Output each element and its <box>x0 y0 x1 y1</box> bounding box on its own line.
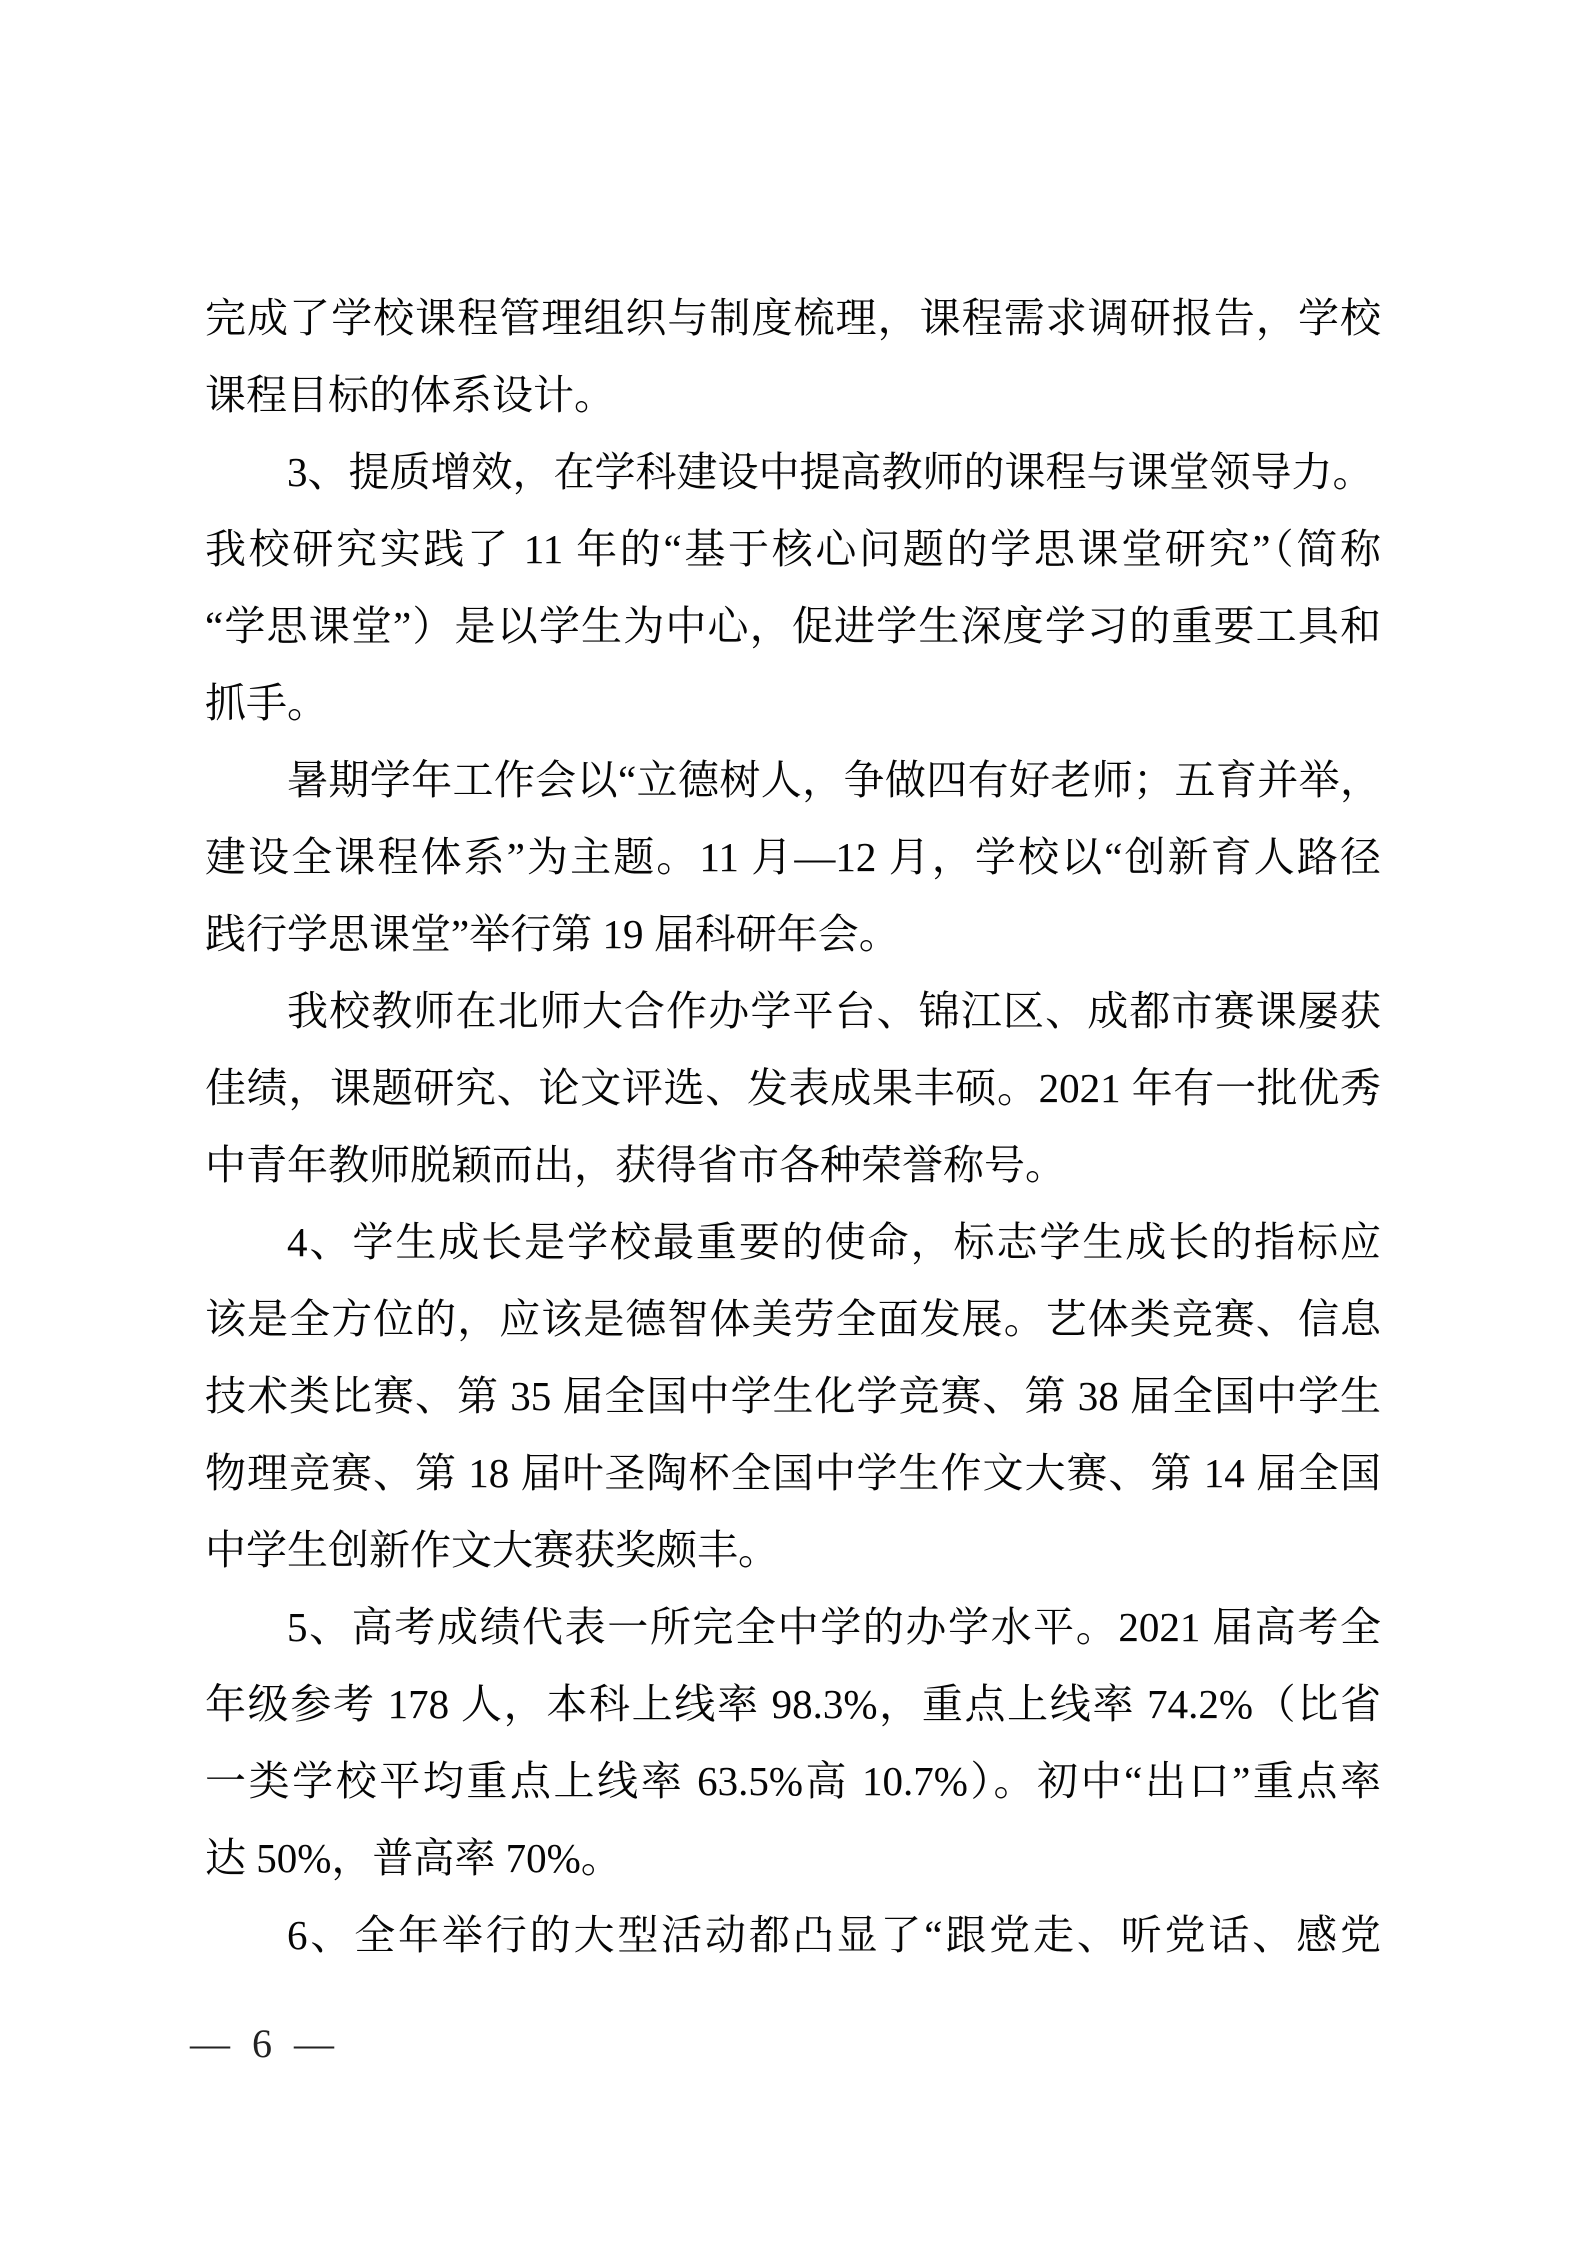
text-line: 我校研究实践了 11 年的“基于核心问题的学思课堂研究”（简称 <box>205 511 1381 588</box>
document-page: 完成了学校课程管理组织与制度梳理，课程需求调研报告，学校课程目标的体系设计。3、… <box>0 0 1587 2245</box>
text-line: 中学生创新作文大赛获奖颇丰。 <box>205 1512 1381 1589</box>
text-line: 抓手。 <box>205 665 1381 742</box>
text-line: 暑期学年工作会以“立德树人，争做四有好老师；五育并举， <box>205 742 1381 819</box>
text-line: 课程目标的体系设计。 <box>205 357 1381 434</box>
text-line: 达 50%，普高率 70%。 <box>205 1820 1381 1897</box>
text-line: “学思课堂”）是以学生为中心，促进学生深度学习的重要工具和 <box>205 588 1381 665</box>
text-line: 我校教师在北师大合作办学平台、锦江区、成都市赛课屡获 <box>205 973 1381 1050</box>
text-line: 3、提质增效，在学科建设中提高教师的课程与课堂领导力。 <box>205 434 1381 511</box>
document-body: 完成了学校课程管理组织与制度梳理，课程需求调研报告，学校课程目标的体系设计。3、… <box>205 280 1381 1974</box>
text-line: 该是全方位的，应该是德智体美劳全面发展。艺体类竞赛、信息 <box>205 1281 1381 1358</box>
text-line: 物理竞赛、第 18 届叶圣陶杯全国中学生作文大赛、第 14 届全国 <box>205 1435 1381 1512</box>
text-line: 年级参考 178 人，本科上线率 98.3%，重点上线率 74.2%（比省 <box>205 1666 1381 1743</box>
page-number: — 6 — <box>190 2018 340 2070</box>
text-line: 建设全课程体系”为主题。11 月—12 月，学校以“创新育人路径 <box>205 819 1381 896</box>
text-line: 一类学校平均重点上线率 63.5%高 10.7%）。初中“出口”重点率 <box>205 1743 1381 1820</box>
text-line: 完成了学校课程管理组织与制度梳理，课程需求调研报告，学校 <box>205 280 1381 357</box>
text-line: 技术类比赛、第 35 届全国中学生化学竞赛、第 38 届全国中学生 <box>205 1358 1381 1435</box>
text-line: 践行学思课堂”举行第 19 届科研年会。 <box>205 896 1381 973</box>
text-line: 6、全年举行的大型活动都凸显了“跟党走、听党话、感党 <box>205 1897 1381 1974</box>
text-line: 佳绩，课题研究、论文评选、发表成果丰硕。2021 年有一批优秀 <box>205 1050 1381 1127</box>
text-line: 4、学生成长是学校最重要的使命，标志学生成长的指标应 <box>205 1204 1381 1281</box>
text-line: 中青年教师脱颖而出，获得省市各种荣誉称号。 <box>205 1127 1381 1204</box>
text-line: 5、高考成绩代表一所完全中学的办学水平。2021 届高考全 <box>205 1589 1381 1666</box>
